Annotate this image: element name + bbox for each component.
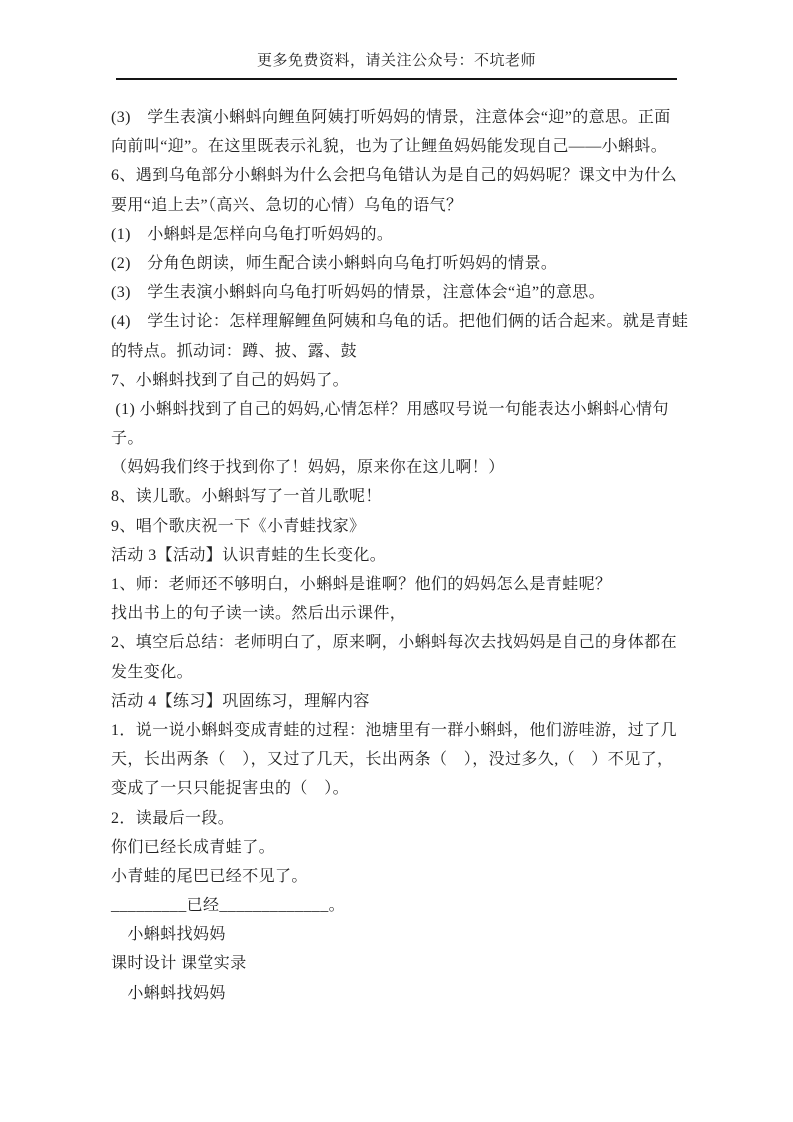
text-line: (3) 学生表演小蝌蚪向乌龟打听妈妈的情景，注意体会“追”的意思。 (111, 278, 686, 307)
text-line: (1) 小蝌蚪是怎样向乌龟打听妈妈的。 (111, 220, 686, 249)
text-line: 找出书上的句子读一读。然后出示课件， (111, 599, 686, 628)
document-page: 更多免费资料，请关注公众号：不坑老师 (3) 学生表演小蝌蚪向鲤鱼阿姨打听妈妈的… (0, 0, 793, 1122)
text-line: 变成了一只只能捉害虫的（ ）。 (111, 774, 686, 803)
text-line: 你们已经长成青蛙了。 (111, 833, 686, 862)
text-line: 1、师：老师还不够明白，小蝌蚪是谁啊？他们的妈妈怎么是青蛙呢？ (111, 570, 686, 599)
text-line: 小蝌蚪找妈妈 (111, 979, 686, 1008)
text-line: 2、填空后总结：老师明白了，原来啊，小蝌蚪每次去找妈妈是自己的身体都在 (111, 628, 686, 657)
text-line: (4) 学生讨论：怎样理解鲤鱼阿姨和乌龟的话。把他们俩的话合起来。就是青蛙 (111, 307, 686, 336)
text-line: 9、唱个歌庆祝一下《小青蛙找家》 (111, 512, 686, 541)
text-line: 6、遇到乌龟部分小蝌蚪为什么会把乌龟错认为是自己的妈妈呢？课文中为什么 (111, 161, 686, 190)
text-line: （妈妈我们终于找到你了！妈妈，原来你在这儿啊！） (111, 453, 686, 482)
text-line: (1) 小蝌蚪找到了自己的妈妈,心情怎样？用感叹号说一句能表达小蝌蚪心情句 (111, 395, 686, 424)
text-line: 要用“追上去”（高兴、急切的心情）乌龟的语气？ (111, 191, 686, 220)
text-line: 的特点。抓动词：蹲、披、露、鼓 (111, 337, 686, 366)
text-line: (3) 学生表演小蝌蚪向鲤鱼阿姨打听妈妈的情景，注意体会“迎”的意思。正面 (111, 103, 686, 132)
text-line: 小青蛙的尾巴已经不见了。 (111, 862, 686, 891)
text-line: 课时设计 课堂实录 (111, 949, 686, 978)
text-line: 活动 4【练习】巩固练习，理解内容 (111, 687, 686, 716)
text-line: 发生变化。 (111, 658, 686, 687)
header-notice: 更多免费资料，请关注公众号：不坑老师 (116, 52, 677, 80)
text-line: 1．说一说小蝌蚪变成青蛙的过程：池塘里有一群小蝌蚪，他们游哇游，过了几 (111, 716, 686, 745)
document-body: (3) 学生表演小蝌蚪向鲤鱼阿姨打听妈妈的情景，注意体会“迎”的意思。正面向前叫… (111, 103, 686, 1008)
text-line: 7、小蝌蚪找到了自己的妈妈了。 (111, 366, 686, 395)
text-line: 活动 3【活动】认识青蛙的生长变化。 (111, 541, 686, 570)
text-line: (2) 分角色朗读，师生配合读小蝌蚪向乌龟打听妈妈的情景。 (111, 249, 686, 278)
text-line: 8、读儿歌。小蝌蚪写了一首儿歌呢！ (111, 482, 686, 511)
text-line: 小蝌蚪找妈妈 (111, 920, 686, 949)
text-line: 天，长出两条（ ），又过了几天，长出两条（ ），没过多久,（ ）不见了， (111, 745, 686, 774)
text-line: 子。 (111, 424, 686, 453)
text-line: 2．读最后一段。 (111, 804, 686, 833)
text-line: _________已经_____________。 (111, 891, 686, 920)
text-line: 向前叫“迎”。在这里既表示礼貌，也为了让鲤鱼妈妈能发现自己——小蝌蚪。 (111, 132, 686, 161)
